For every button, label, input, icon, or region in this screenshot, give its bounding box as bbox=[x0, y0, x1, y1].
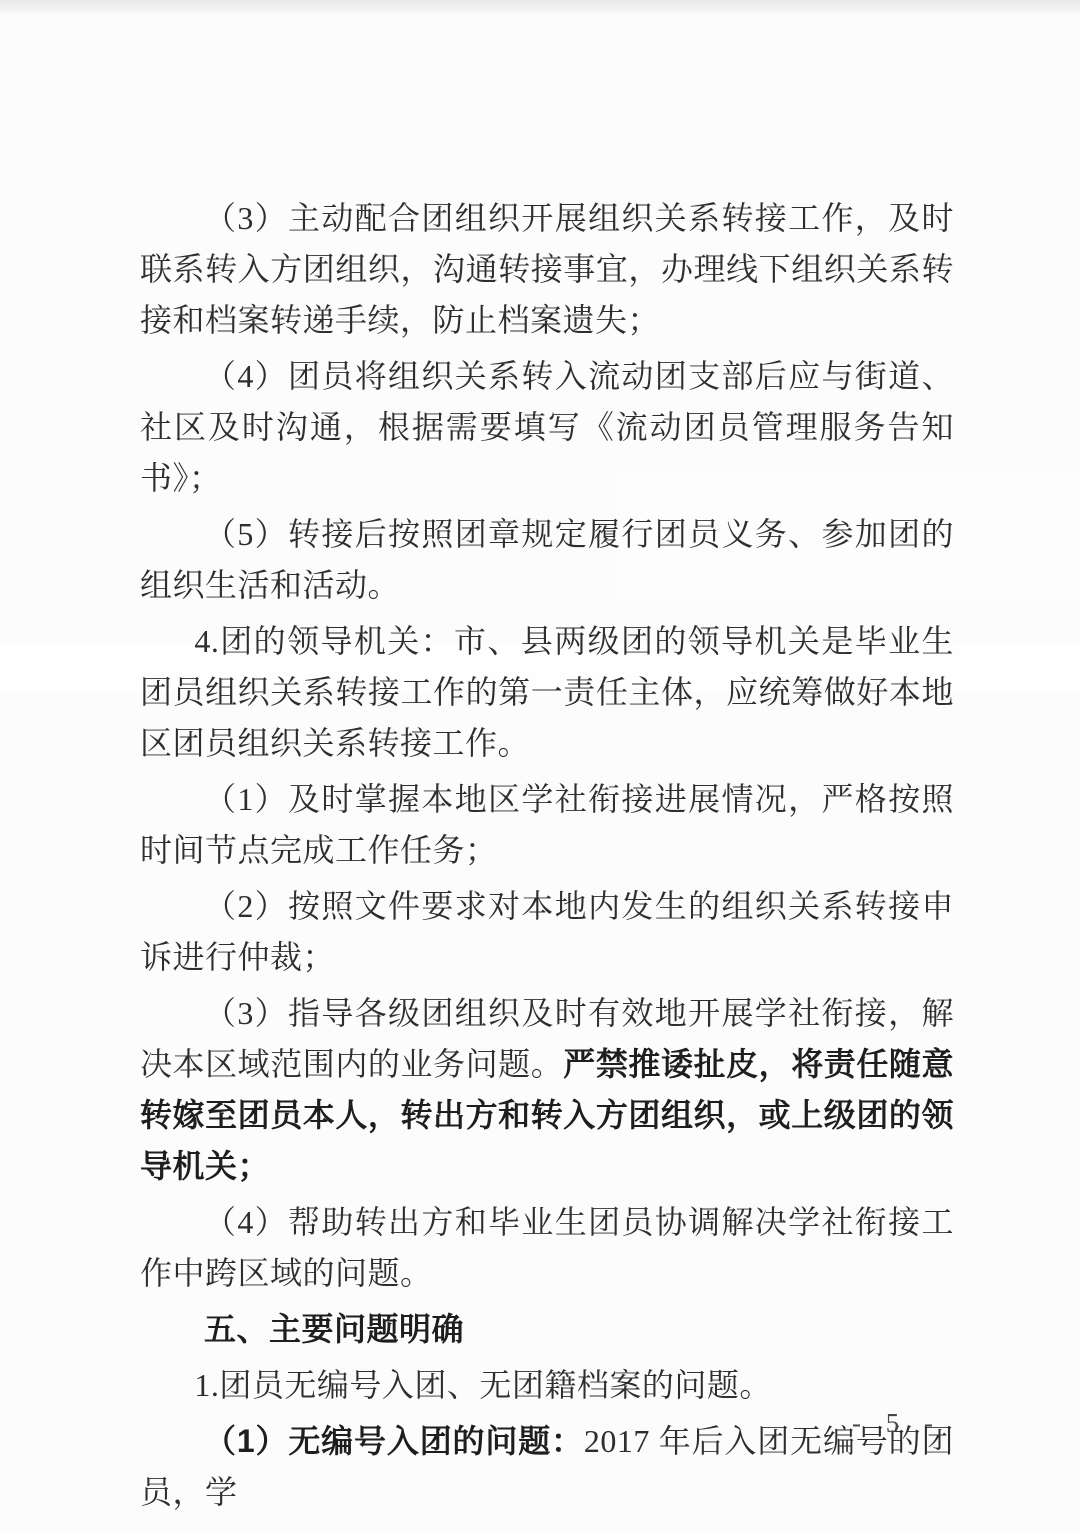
section-heading: 五、主要问题明确 bbox=[140, 1304, 954, 1355]
text-run: （4）帮助转出方和毕业生团员协调解决学社衔接工作中跨区域的问题。 bbox=[140, 1204, 954, 1291]
paragraph: （4）团员将组织关系转入流动团支部后应与街道、社区及时沟通，根据需要填写《流动团… bbox=[140, 351, 954, 504]
text-run: （2）按照文件要求对本地内发生的组织关系转接申诉进行仲裁； bbox=[140, 888, 954, 975]
text-run: （3）主动配合团组织开展组织关系转接工作，及时联系转入方团组织，沟通转接事宜，办… bbox=[140, 200, 954, 338]
paragraph: （2）按照文件要求对本地内发生的组织关系转接申诉进行仲裁； bbox=[140, 881, 954, 983]
paragraph: （5）转接后按照团章规定履行团员义务、参加团的组织生活和活动。 bbox=[140, 509, 954, 611]
paragraph: 1.团员无编号入团、无团籍档案的问题。 bbox=[140, 1360, 954, 1411]
page-number: - 5 - bbox=[852, 1408, 942, 1439]
document-body: （3）主动配合团组织开展组织关系转接工作，及时联系转入方团组织，沟通转接事宜，办… bbox=[140, 193, 954, 1523]
text-run: 4.团的领导机关：市、县两级团的领导机关是毕业生团员组织关系转接工作的第一责任主… bbox=[140, 623, 954, 761]
paragraph: （1）无编号入团的问题：2017 年后入团无编号的团员，学 bbox=[140, 1416, 954, 1518]
text-run: 五、主要问题明确 bbox=[204, 1311, 464, 1347]
emphasized-text-run: （1）无编号入团的问题： bbox=[204, 1423, 584, 1459]
text-run: 1.团员无编号入团、无团籍档案的问题。 bbox=[194, 1367, 772, 1403]
paragraph: （4）帮助转出方和毕业生团员协调解决学社衔接工作中跨区域的问题。 bbox=[140, 1197, 954, 1299]
paragraph: 4.团的领导机关：市、县两级团的领导机关是毕业生团员组织关系转接工作的第一责任主… bbox=[140, 616, 954, 769]
document-page: （3）主动配合团组织开展组织关系转接工作，及时联系转入方团组织，沟通转接事宜，办… bbox=[0, 0, 1080, 1533]
paragraph: （3）指导各级团组织及时有效地开展学社衔接，解决本区域范围内的业务问题。严禁推诿… bbox=[140, 988, 954, 1192]
text-run: （1）及时掌握本地区学社衔接进展情况，严格按照时间节点完成工作任务； bbox=[140, 781, 954, 868]
scan-edge-artifact bbox=[0, 0, 1080, 13]
paragraph: （3）主动配合团组织开展组织关系转接工作，及时联系转入方团组织，沟通转接事宜，办… bbox=[140, 193, 954, 346]
text-run: （5）转接后按照团章规定履行团员义务、参加团的组织生活和活动。 bbox=[140, 516, 954, 603]
text-run: （4）团员将组织关系转入流动团支部后应与街道、社区及时沟通，根据需要填写《流动团… bbox=[140, 358, 954, 496]
paragraph: （1）及时掌握本地区学社衔接进展情况，严格按照时间节点完成工作任务； bbox=[140, 774, 954, 876]
